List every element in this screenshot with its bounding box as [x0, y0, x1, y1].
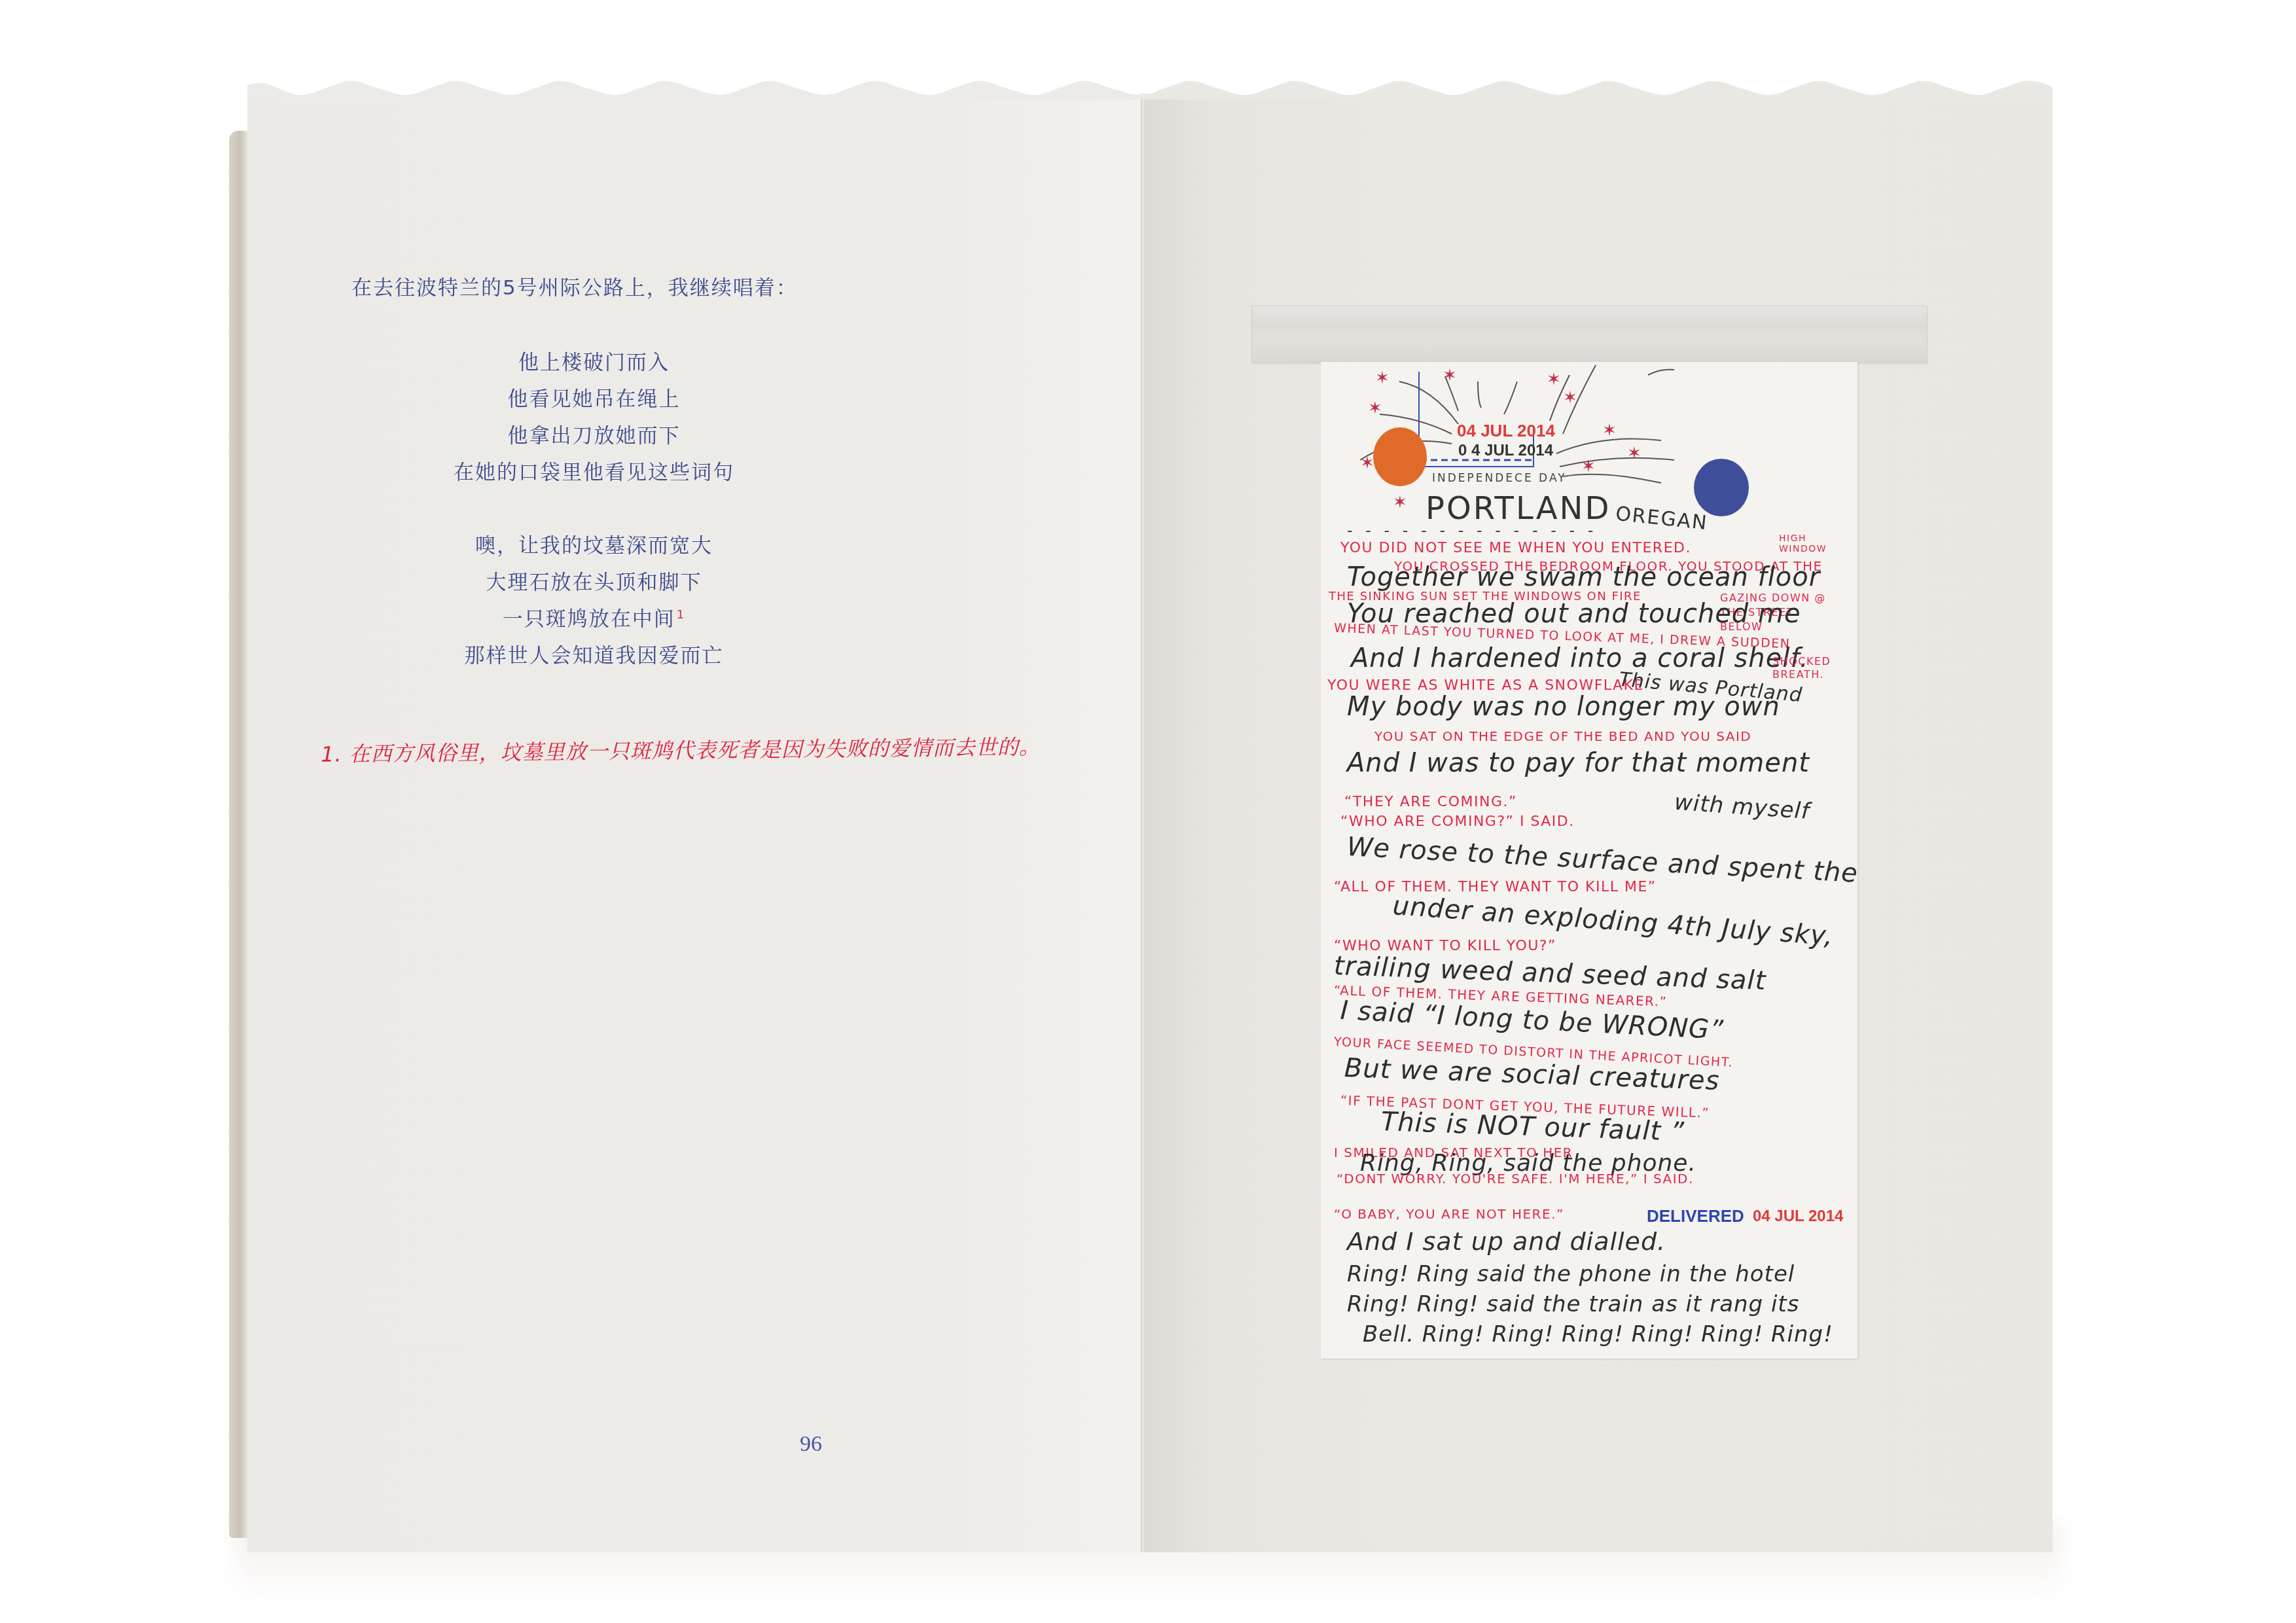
date-stamp-black: 0 4 JUL 2014	[1458, 442, 1553, 460]
serrated-top-edge	[1143, 80, 2053, 99]
black-line: Ring! Ring said the phone in the hotel	[1347, 1261, 1795, 1287]
star-icon: ✶	[1602, 421, 1617, 440]
star-icon: ✶	[1627, 444, 1641, 463]
black-line: Ring! Ring! said the train as it rang it…	[1347, 1291, 1799, 1317]
red-line: “WHO ARE COMING?” I SAID.	[1340, 813, 1575, 830]
star-icon: ✶	[1581, 457, 1596, 476]
book-spine	[1141, 98, 1143, 1552]
verse-line: 大理石放在头顶和脚下	[0, 565, 1188, 595]
margin-note: SHOCKED BREATH.	[1772, 655, 1844, 681]
delivered-date-stamp: 04 JUL 2014	[1753, 1207, 1843, 1226]
margin-note: HIGH WINDOW	[1779, 533, 1838, 554]
verse-line: 他上楼破门而入	[0, 346, 1188, 375]
red-line: YOU DID NOT SEE ME WHEN YOU ENTERED.	[1340, 540, 1691, 556]
verse-line: 噢，让我的坟墓深而宽大	[0, 529, 1188, 558]
black-line: Together we swam the ocean floor	[1347, 562, 1820, 592]
page-block-edge	[229, 131, 247, 1538]
stamp-caption: INDEPENDECE DAY	[1432, 472, 1567, 485]
dashed-underline: - - - - - - - - - - - - - -	[1347, 522, 1597, 540]
verse-line: 一只斑鸠放在中间1	[0, 602, 1188, 632]
black-line: And I sat up and dialled.	[1347, 1227, 1666, 1256]
red-line: “O BABY, YOU ARE NOT HERE.”	[1334, 1206, 1564, 1222]
star-icon: ✶	[1393, 493, 1407, 512]
delivered-stamp: DELIVERED	[1647, 1206, 1744, 1226]
black-line: My body was no longer my own	[1347, 692, 1780, 722]
blue-dot	[1694, 459, 1749, 516]
footnote-marker: 1	[677, 608, 685, 622]
verse-line: 那样世人会知道我因爱而亡	[0, 639, 1188, 668]
star-icon: ✶	[1443, 366, 1457, 385]
serrated-top-edge	[247, 80, 1143, 99]
black-line: with myself	[1674, 789, 1811, 825]
verse-line: 他看见她吊在绳上	[0, 382, 1188, 412]
handwritten-letter: ✶ ✶ ✶ ✶ ✶ ✶ ✶ ✶ ✶ ✶ 04 JUL 2014 0 4 JUL …	[1321, 362, 1857, 1359]
red-line: “DONT WORRY. YOU'RE SAFE. I'M HERE,” I S…	[1336, 1171, 1694, 1186]
tape-strip	[1251, 306, 1928, 363]
intro-line: 在去往波特兰的5号州际公路上，我继续唱着：	[351, 271, 798, 300]
date-stamp-red: 04 JUL 2014	[1457, 421, 1555, 441]
page-number: 96	[800, 1432, 822, 1457]
black-line: And I hardened into a coral shelf.	[1351, 643, 1809, 673]
star-icon: ✶	[1563, 388, 1577, 408]
red-line: “THEY ARE COMING.”	[1344, 794, 1517, 810]
left-page	[247, 98, 1143, 1552]
verse-text: 一只斑鸠放在中间	[503, 607, 675, 631]
verse-line: 在她的口袋里他看见这些词句	[0, 455, 1188, 485]
star-icon: ✶	[1368, 399, 1382, 418]
verse-line: 他拿出刀放她而下	[0, 419, 1188, 448]
star-icon: ✶	[1547, 370, 1561, 389]
orange-dot	[1373, 427, 1427, 486]
black-line: Bell. Ring! Ring! Ring! Ring! Ring! Ring…	[1363, 1321, 1833, 1347]
black-line: And I was to pay for that moment	[1347, 748, 1810, 778]
star-icon: ✶	[1360, 454, 1374, 473]
star-icon: ✶	[1375, 368, 1390, 388]
red-line: “ALL OF THEM. THEY WANT TO KILL ME”	[1334, 879, 1657, 895]
red-line: YOU SAT ON THE EDGE OF THE BED AND YOU S…	[1374, 728, 1751, 744]
